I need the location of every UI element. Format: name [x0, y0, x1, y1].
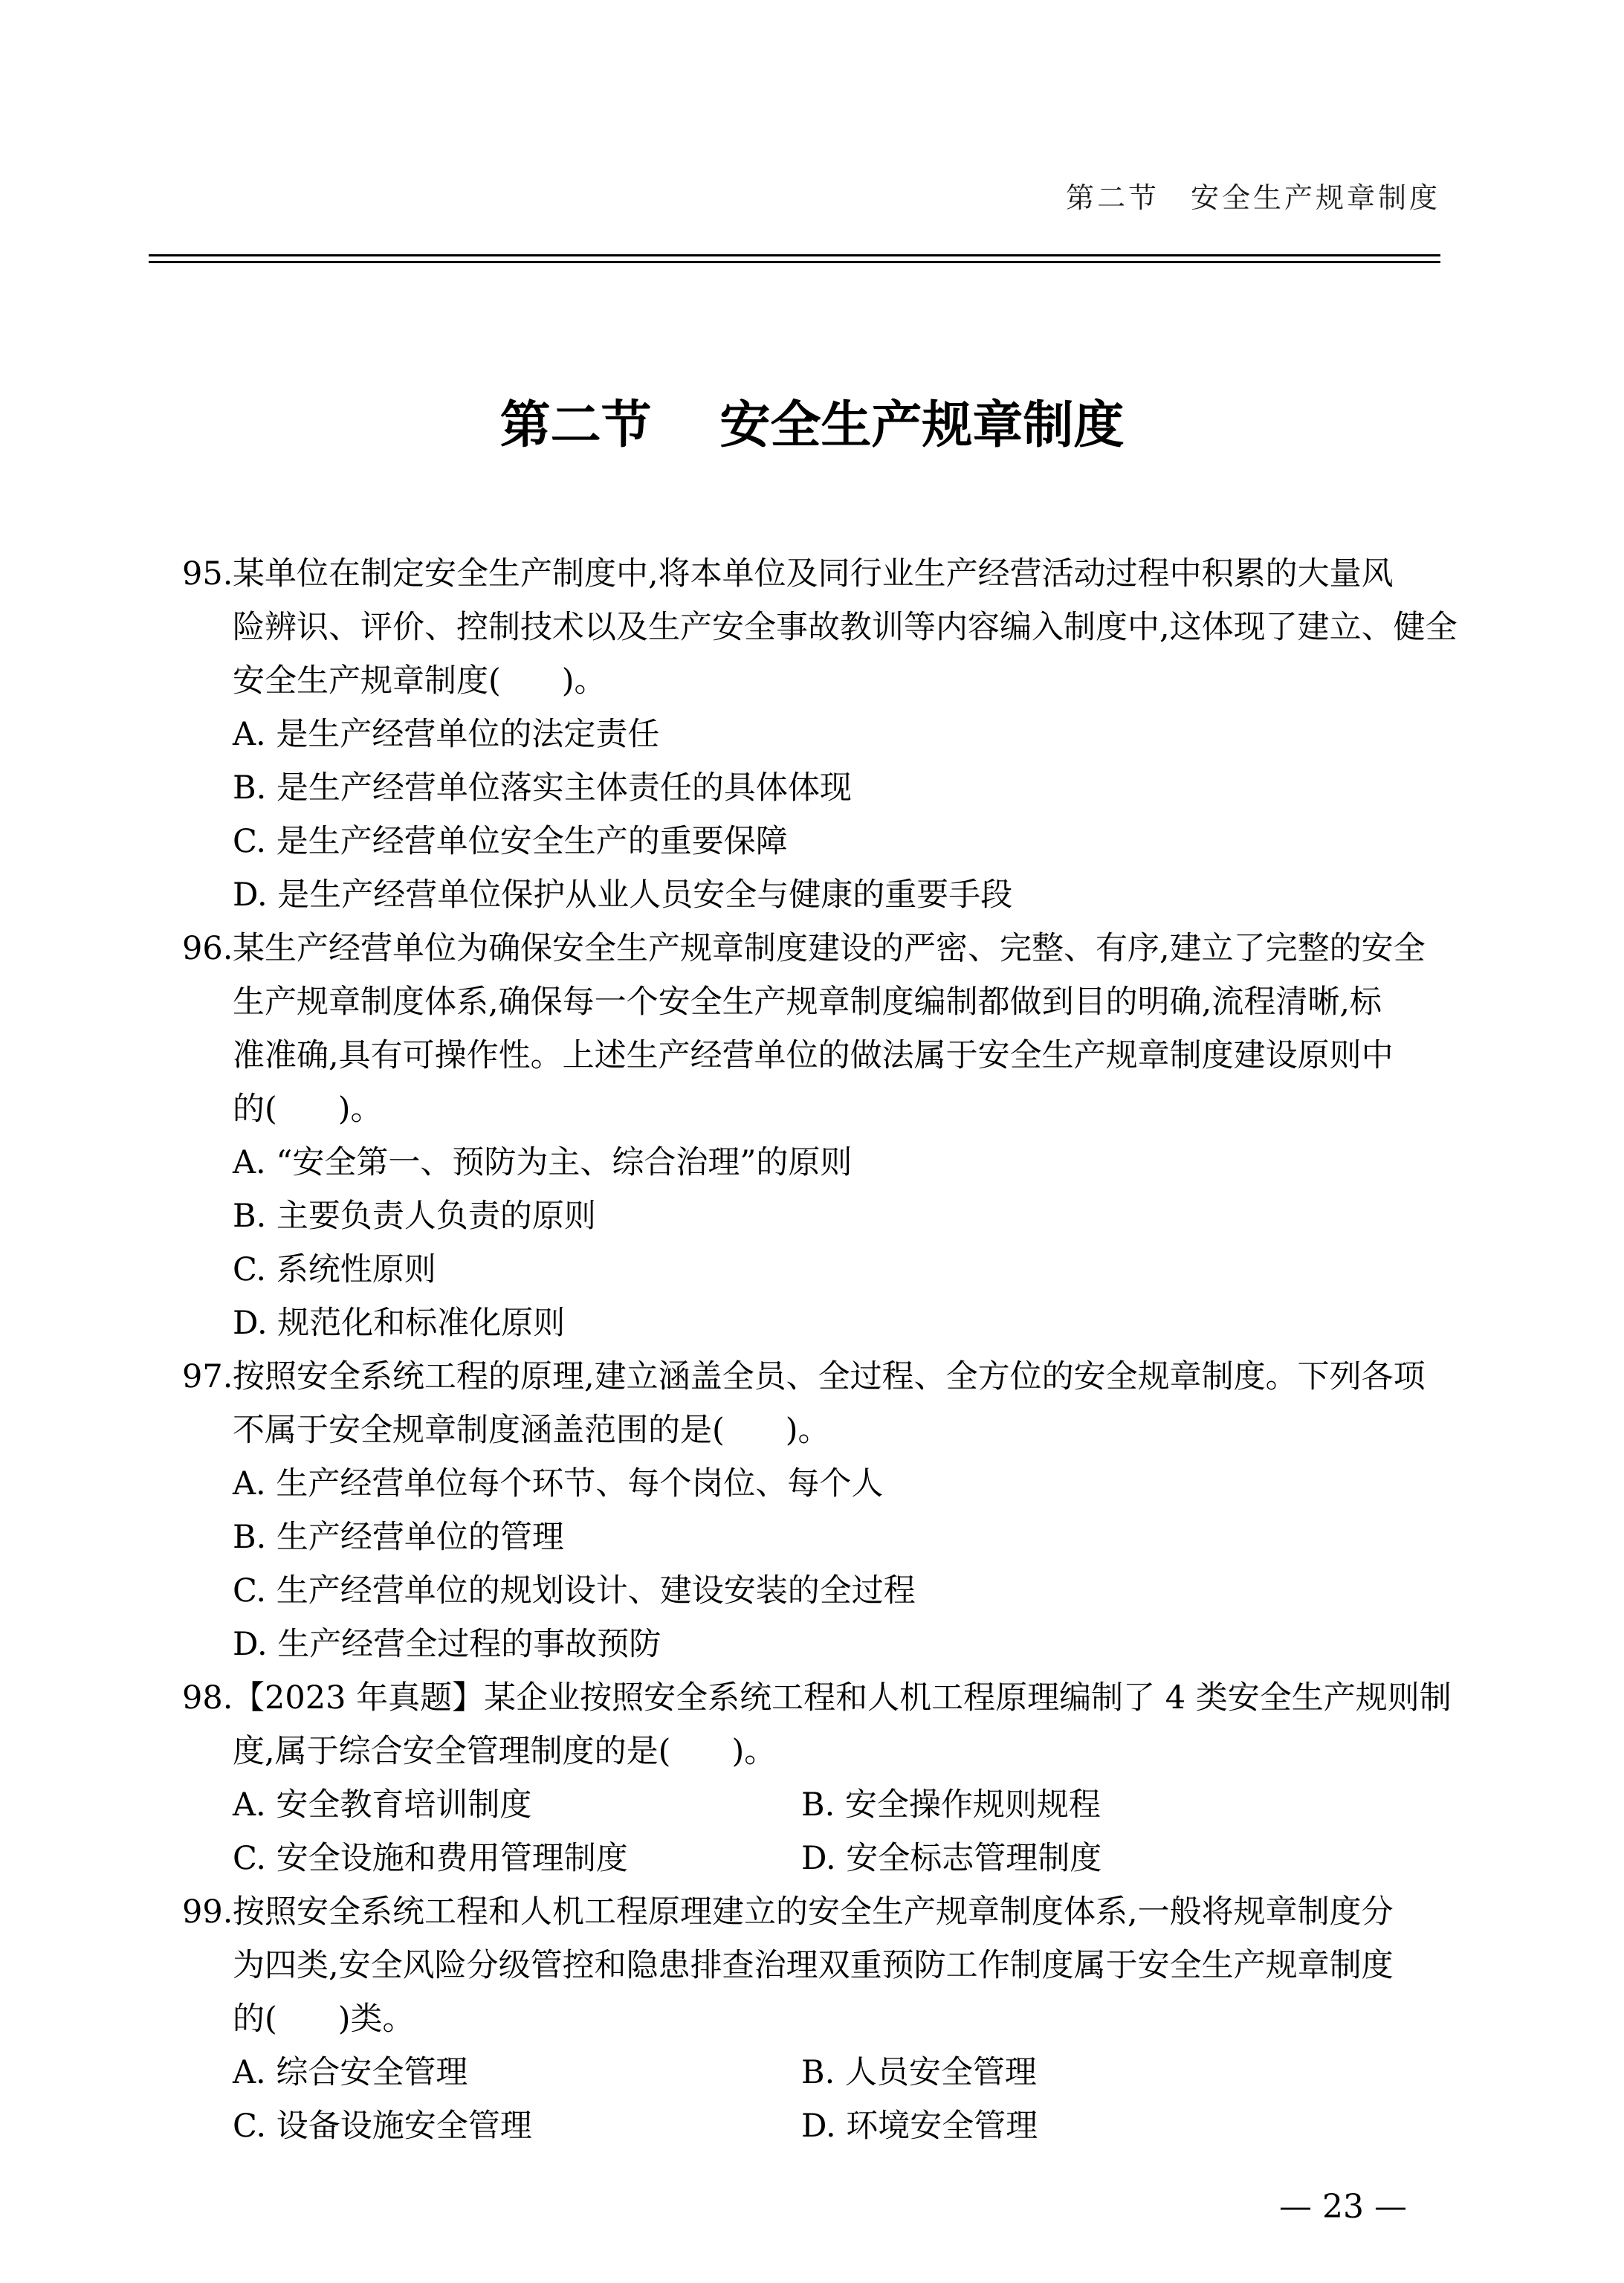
option-d: D. 安全标志管理制度 [801, 1840, 1101, 1877]
question-number: 98. [182, 1671, 233, 1725]
option-d: D. 规范化和标准化原则 [182, 1297, 1624, 1350]
option-a: A. 综合安全管理 [233, 2046, 801, 2099]
option-d: D. 生产经营全过程的事故预防 [182, 1618, 1624, 1671]
document-page: 第二节 安全生产规章制度 第二节 安全生产规章制度 95.某单位在制定安全生产制… [0, 0, 1624, 2283]
question-98: 98.【2023 年真题】某企业按照安全系统工程和人机工程原理编制了 4 类安全… [182, 1671, 1624, 1885]
question-stem-line: 的( )类。 [182, 1992, 1624, 2046]
running-head: 第二节 安全生产规章制度 [1066, 181, 1440, 214]
question-stem-line: 度,属于综合安全管理制度的是( )。 [182, 1725, 1624, 1778]
option-c: C. 安全设施和费用管理制度 [233, 1832, 801, 1885]
question-97: 97.按照安全系统工程的原理,建立涵盖全员、全过程、全方位的安全规章制度。下列各… [182, 1350, 1624, 1671]
page-footer: — 23 — [0, 2156, 1407, 2258]
question-stem-text: 某生产经营单位为确保安全生产规章制度建设的严密、完整、有序,建立了完整的安全 [233, 930, 1426, 967]
question-stem-line: 为四类,安全风险分级管控和隐患排查治理双重预防工作制度属于安全生产规章制度 [182, 1939, 1624, 1992]
option-b: B. 是生产经营单位落实主体责任的具体体现 [182, 761, 1624, 815]
option-a: A. 生产经营单位每个环节、每个岗位、每个人 [182, 1457, 1624, 1511]
header-double-rule [149, 254, 1440, 263]
question-stem-text: 【2023 年真题】某企业按照安全系统工程和人机工程原理编制了 4 类安全生产规… [233, 1679, 1452, 1717]
option-b: B. 人员安全管理 [801, 2054, 1037, 2091]
option-a: A. “安全第一、预防为主、综合治理”的原则 [182, 1136, 1624, 1189]
question-stem-line: 不属于安全规章制度涵盖范围的是( )。 [182, 1404, 1624, 1457]
question-stem-line: 生产规章制度体系,确保每一个安全生产规章制度编制都做到目的明确,流程清晰,标 [182, 975, 1624, 1029]
option-d: D. 环境安全管理 [801, 2108, 1038, 2145]
question-stem-line: 险辨识、评价、控制技术以及生产安全事故教训等内容编入制度中,这体现了建立、健全 [182, 601, 1624, 654]
option-row: A. 安全教育培训制度B. 安全操作规则规程 [182, 1778, 1624, 1832]
option-d: D. 是生产经营单位保护从业人员安全与健康的重要手段 [182, 868, 1624, 922]
option-c: C. 设备设施安全管理 [233, 2099, 801, 2153]
page-number: — 23 — [1279, 2188, 1407, 2226]
question-stem-line: 97.按照安全系统工程的原理,建立涵盖全员、全过程、全方位的安全规章制度。下列各… [182, 1350, 1624, 1404]
question-stem-line: 95.某单位在制定安全生产制度中,将本单位及同行业生产经营活动过程中积累的大量风 [182, 547, 1624, 601]
option-b: B. 主要负责人负责的原则 [182, 1189, 1624, 1243]
question-stem-text: 按照安全系统工程和人机工程原理建立的安全生产规章制度体系,一般将规章制度分 [233, 1893, 1394, 1931]
option-c: C. 系统性原则 [182, 1243, 1624, 1297]
option-c: C. 生产经营单位的规划设计、建设安装的全过程 [182, 1564, 1624, 1618]
question-stem-text: 某单位在制定安全生产制度中,将本单位及同行业生产经营活动过程中积累的大量风 [233, 555, 1394, 592]
question-stem-line: 98.【2023 年真题】某企业按照安全系统工程和人机工程原理编制了 4 类安全… [182, 1671, 1624, 1725]
option-a: A. 安全教育培训制度 [233, 1778, 801, 1832]
question-stem-line: 准准确,具有可操作性。上述生产经营单位的做法属于安全生产规章制度建设原则中 [182, 1029, 1624, 1082]
question-number: 99. [182, 1885, 233, 1939]
question-stem-line: 的( )。 [182, 1082, 1624, 1136]
question-stem-line: 99.按照安全系统工程和人机工程原理建立的安全生产规章制度体系,一般将规章制度分 [182, 1885, 1624, 1939]
question-list: 95.某单位在制定安全生产制度中,将本单位及同行业生产经营活动过程中积累的大量风… [182, 547, 1624, 2153]
question-number: 97. [182, 1350, 233, 1404]
option-row: A. 综合安全管理B. 人员安全管理 [182, 2046, 1624, 2099]
page-header: 第二节 安全生产规章制度 [0, 0, 1440, 242]
question-stem-line: 安全生产规章制度( )。 [182, 654, 1624, 708]
option-b: B. 生产经营单位的管理 [182, 1511, 1624, 1564]
option-c: C. 是生产经营单位安全生产的重要保障 [182, 815, 1624, 868]
question-number: 96. [182, 922, 233, 975]
question-number: 95. [182, 547, 233, 601]
option-row: C. 设备设施安全管理D. 环境安全管理 [182, 2099, 1624, 2153]
option-a: A. 是生产经营单位的法定责任 [182, 708, 1624, 761]
question-stem-line: 96.某生产经营单位为确保安全生产规章制度建设的严密、完整、有序,建立了完整的安… [182, 922, 1624, 975]
question-96: 96.某生产经营单位为确保安全生产规章制度建设的严密、完整、有序,建立了完整的安… [182, 922, 1624, 1350]
section-title: 第二节 安全生产规章制度 [0, 397, 1624, 453]
question-stem-text: 按照安全系统工程的原理,建立涵盖全员、全过程、全方位的安全规章制度。下列各项 [233, 1358, 1426, 1395]
question-99: 99.按照安全系统工程和人机工程原理建立的安全生产规章制度体系,一般将规章制度分… [182, 1885, 1624, 2153]
question-95: 95.某单位在制定安全生产制度中,将本单位及同行业生产经营活动过程中积累的大量风… [182, 547, 1624, 922]
option-b: B. 安全操作规则规程 [801, 1786, 1101, 1824]
option-row: C. 安全设施和费用管理制度D. 安全标志管理制度 [182, 1832, 1624, 1885]
